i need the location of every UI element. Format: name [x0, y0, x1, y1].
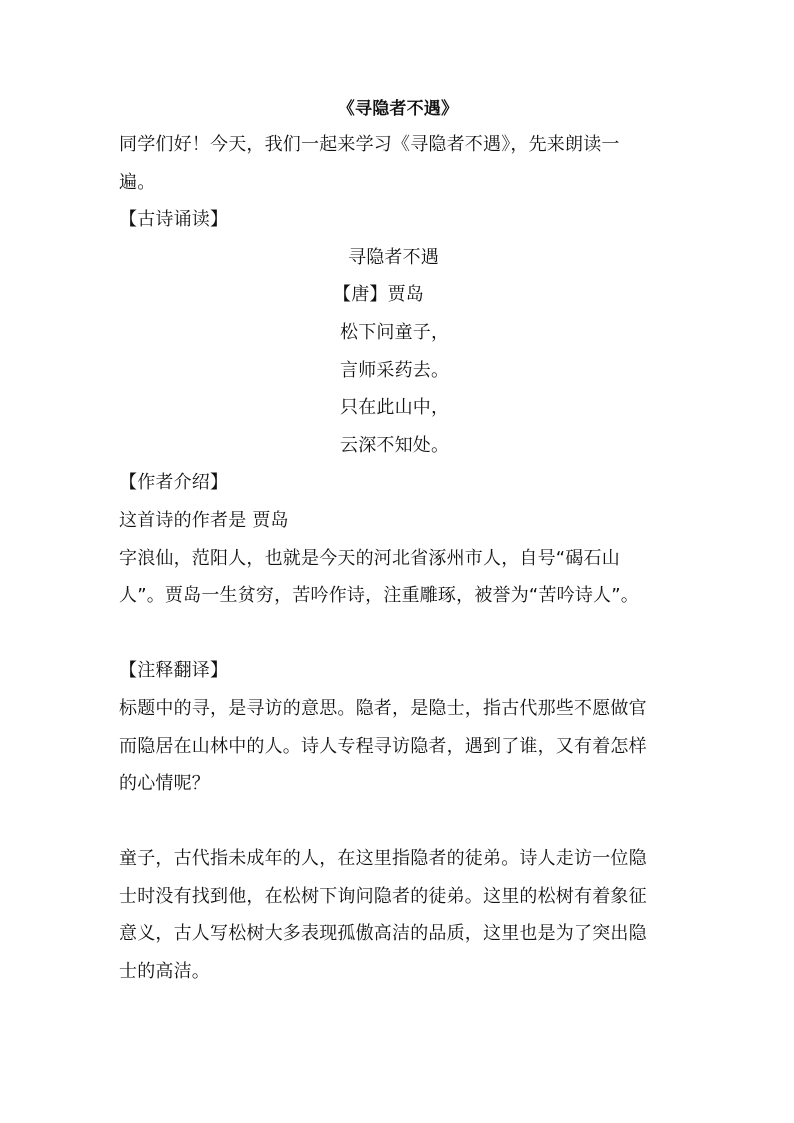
notes-paragraph-1-line: 标题中的寻，是寻访的意思。隐者，是隐士，指古代那些不愿做官	[119, 690, 677, 728]
notes-paragraph-2-line: 意义，古人写松树大多表现孤傲高洁的品质，这里也是为了突出隐	[119, 915, 677, 953]
poem-line: 云深不知处。	[119, 427, 677, 465]
section-heading-notes: 【注释翻译】	[119, 652, 677, 690]
section-heading-author: 【作者介绍】	[119, 464, 677, 502]
notes-paragraph-2-line: 士时没有找到他，在松树下询问隐者的徒弟。这里的松树有着象征	[119, 878, 677, 916]
poem-line: 言师采药去。	[119, 352, 677, 390]
poem-author: 【唐】贾岛	[119, 276, 677, 314]
document-page: 《寻隐者不遇》 同学们好！今天，我们一起来学习《寻隐者不遇》，先来朗读一 遍。 …	[119, 92, 677, 991]
poem-title: 寻隐者不遇	[119, 239, 677, 277]
spacer	[119, 803, 677, 841]
notes-paragraph-1-line: 的心情呢？	[119, 765, 677, 803]
author-line: 这首诗的作者是 贾岛	[119, 502, 677, 540]
section-heading-recitation: 【古诗诵读】	[119, 201, 677, 239]
intro-line-2: 遍。	[119, 164, 677, 202]
document-title: 《寻隐者不遇》	[119, 92, 677, 126]
author-line: 人”。贾岛一生贫穷，苦吟作诗，注重雕琢，被誉为“苦吟诗人”。	[119, 577, 677, 615]
poem-line: 松下问童子，	[119, 314, 677, 352]
notes-paragraph-1-line: 而隐居在山林中的人。诗人专程寻访隐者，遇到了谁，又有着怎样	[119, 728, 677, 766]
spacer	[119, 615, 677, 653]
poem-line: 只在此山中，	[119, 389, 677, 427]
notes-paragraph-2-line: 童子，古代指未成年的人，在这里指隐者的徒弟。诗人走访一位隐	[119, 840, 677, 878]
notes-paragraph-2-line: 士的高洁。	[119, 953, 677, 991]
author-line: 字浪仙，范阳人，也就是今天的河北省涿州市人，自号“碣石山	[119, 540, 677, 578]
intro-line-1: 同学们好！今天，我们一起来学习《寻隐者不遇》，先来朗读一	[119, 126, 677, 164]
